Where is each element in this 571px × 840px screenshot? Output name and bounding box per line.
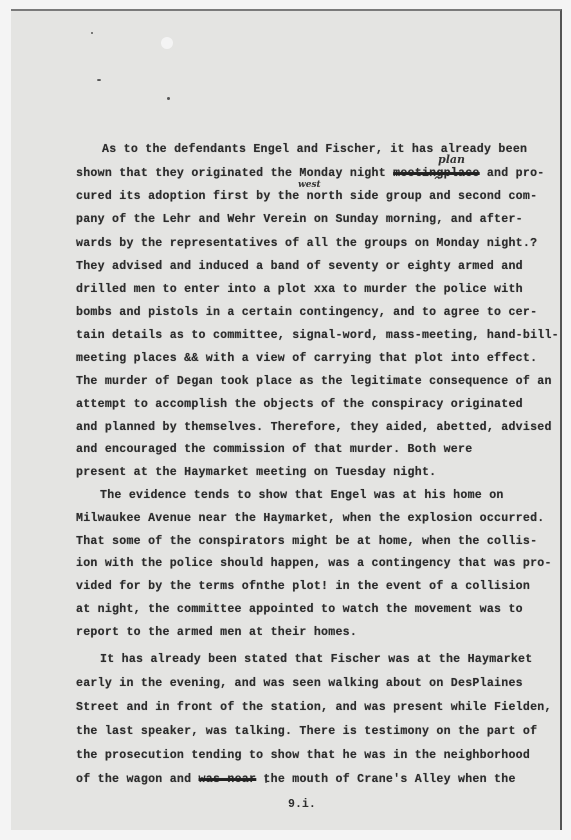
text-line: pany of the Lehr and Wehr Verein on Sund…	[76, 213, 523, 227]
text-line: ion with the police should happen, was a…	[76, 557, 552, 571]
text-line: at night, the committee appointed to wat…	[76, 603, 523, 617]
text-line: cured its adoption first by the north si…	[76, 190, 537, 204]
text-line: present at the Haymarket meeting on Tues…	[76, 466, 436, 480]
text-line: attempt to accomplish the objects of the…	[76, 398, 523, 412]
insertion-caret-icon: ⌃	[432, 174, 442, 188]
text-segment: and pro-	[480, 167, 545, 180]
text-line: tain details as to committee, signal-wor…	[76, 329, 559, 343]
text-segment: of the wagon and	[76, 773, 199, 786]
text-segment: shown that they originated the Monday ni…	[76, 167, 393, 180]
text-line: the prosecution tending to show that he …	[76, 749, 530, 763]
text-line: of the wagon and was near the mouth of C…	[76, 773, 516, 787]
text-line: It has already been stated that Fischer …	[100, 653, 532, 667]
text-line: and planned by themselves. Therefore, th…	[76, 421, 552, 435]
handwritten-insertion-west: west	[298, 180, 321, 190]
text-line: meeting places && with a view of carryin…	[76, 352, 537, 366]
text-line: drilled men to enter into a plot xxa to …	[76, 283, 523, 297]
text-line: They advised and induced a band of seven…	[76, 260, 523, 274]
text-line: wards by the representatives of all the …	[76, 237, 537, 251]
text-line: report to the armed men at their homes.	[76, 626, 357, 640]
page-number: 9.i.	[288, 798, 316, 811]
text-line: vided for by the terms ofnthe plot! in t…	[76, 580, 530, 594]
text-line: Milwaukee Avenue near the Haymarket, whe…	[76, 512, 544, 526]
text-line: shown that they originated the Monday ni…	[76, 167, 545, 181]
text-line: The evidence tends to show that Engel wa…	[100, 489, 504, 503]
text-line: the last speaker, was talking. There is …	[76, 725, 537, 739]
text-line: early in the evening, and was seen walki…	[76, 677, 523, 691]
text-line: That some of the conspirators might be a…	[76, 535, 537, 549]
text-line: and encouraged the commission of that mu…	[76, 443, 472, 457]
text-line: Street and in front of the station, and …	[76, 701, 552, 715]
struck-text: was near	[199, 773, 257, 786]
text-segment: the mouth of Crane's Alley when the	[256, 773, 515, 786]
handwritten-insertion-plan: plan	[438, 153, 465, 166]
text-line: The murder of Degan took place as the le…	[76, 375, 552, 389]
text-line: bombs and pistols in a certain contingen…	[76, 306, 537, 320]
